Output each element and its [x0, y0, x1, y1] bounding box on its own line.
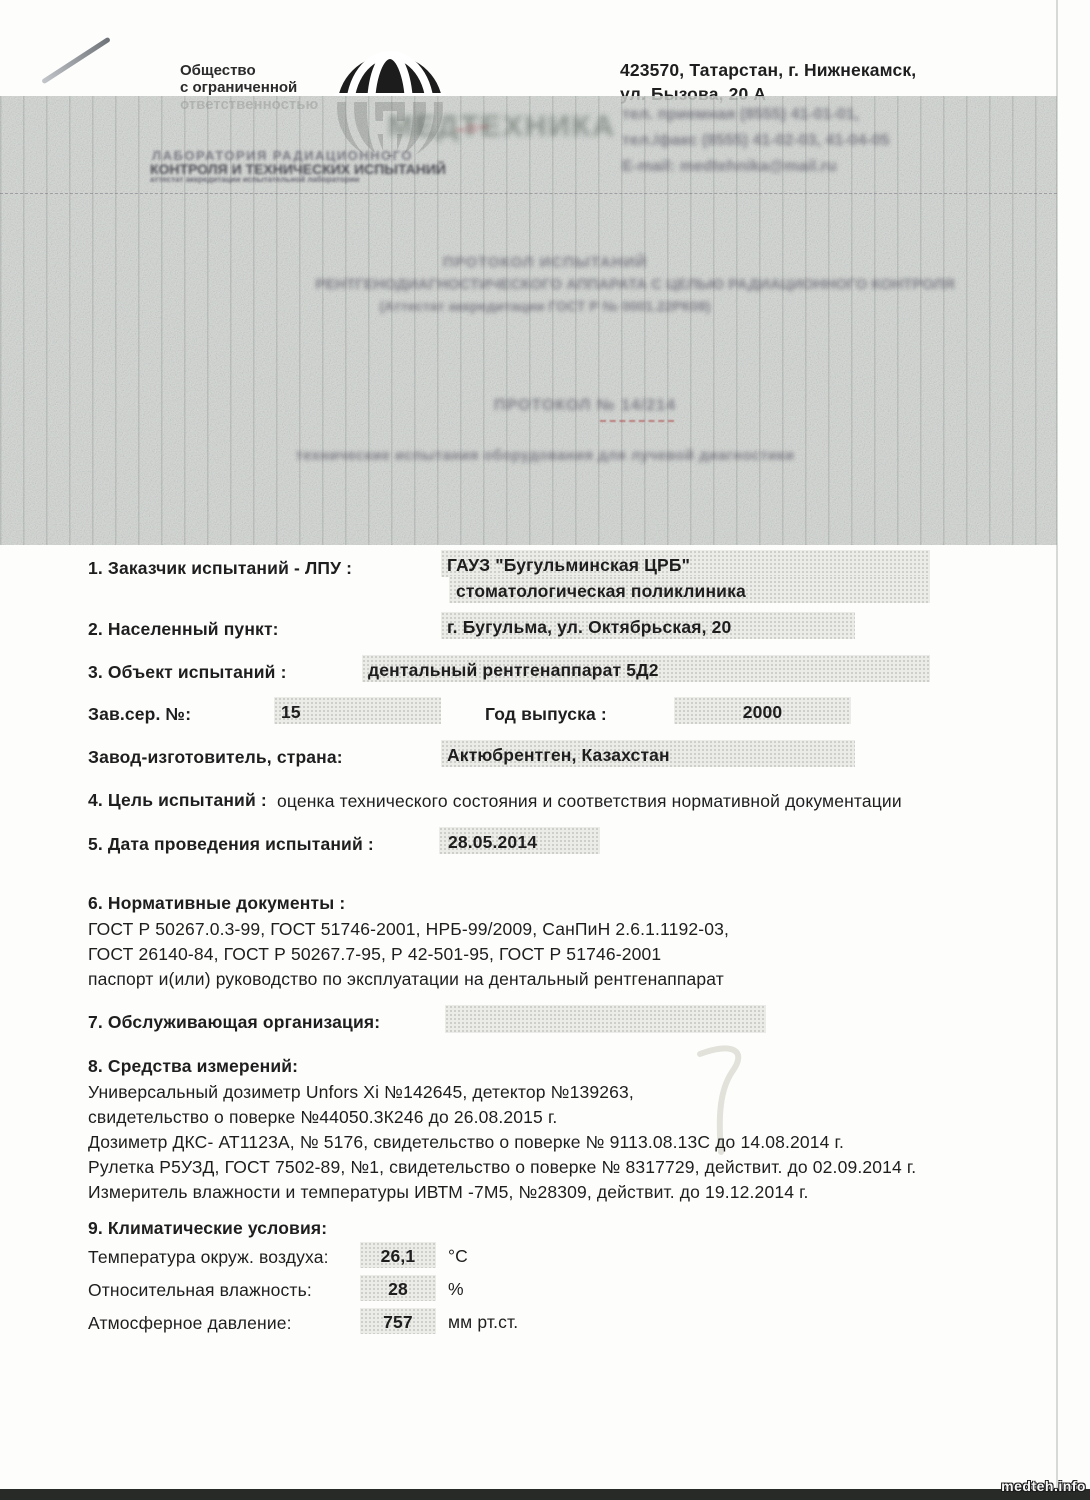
field-label-test-date: 5. Дата проведения испытаний : [88, 832, 374, 857]
obscured-contact-line2: тел./факс (8555) 41-02-03, 41-04-05 [622, 132, 890, 150]
section7-title: 7. Обслуживающая организация: [88, 1010, 380, 1035]
obscured-title-line2: РЕНТГЕНОДИАГНОСТИЧЕСКОГО АППАРАТА С ЦЕЛЬ… [0, 276, 1090, 293]
section8-line: Рулетка Р5УЗД, ГОСТ 7502-89, №1, свидете… [88, 1155, 916, 1180]
field-value-test-object: дентальный рентгенаппарат 5Д2 [368, 658, 659, 683]
section9-title: 9. Климатические условия: [88, 1216, 327, 1241]
climate-value-humidity: 28 [360, 1277, 436, 1302]
field-value-manufacturer: Актюбрентген, Казахстан [447, 743, 670, 768]
section8-line: Измеритель влажности и температуры ИВТМ … [88, 1180, 809, 1205]
obscured-subtitle-line: технические испытания оборудования для л… [0, 448, 1090, 464]
field-value-purpose: оценка технического состояния и соответс… [277, 789, 902, 814]
section8-title: 8. Средства измерений: [88, 1054, 298, 1079]
climate-label-pressure: Атмосферное давление: [88, 1311, 292, 1336]
obscured-contact-line3: E-mail: medtehnika@mail.ru [622, 158, 837, 176]
company-form-line2: с ограниченной [180, 79, 297, 97]
obscured-protocol-number: ПРОТОКОЛ № 14/214 [0, 397, 1090, 415]
climate-label-humidity: Относительная влажность: [88, 1278, 312, 1303]
field-value-year: 2000 [674, 700, 851, 725]
field-label-serial: Зав.сер. №: [88, 702, 191, 727]
watermark: medteh.info [0, 1478, 1086, 1494]
pen-scratch-mark [41, 37, 111, 85]
section6-title: 6. Нормативные документы : [88, 891, 345, 916]
field-label-customer: 1. Заказчик испытаний - ЛПУ : [88, 556, 352, 581]
empty-value-box [445, 1005, 766, 1033]
field-value-serial: 15 [281, 700, 301, 725]
address-line1: 423570, Татарстан, г. Нижнекамск, [620, 58, 916, 83]
climate-label-temperature: Температура окруж. воздуха: [88, 1245, 329, 1270]
section6-line: ГОСТ Р 50267.0.3-99, ГОСТ 51746-2001, НР… [88, 917, 729, 942]
section8-line: Дозиметр ДКС- АТ1123А, № 5176, свидетель… [88, 1130, 844, 1155]
section8-line: Универсальный дозиметр Unfors Xi №142645… [88, 1080, 634, 1105]
obscured-title-line3: (Аттестат аккредитации ГОСТ Р № 0001.22Р… [0, 298, 1090, 314]
climate-unit-humidity: % [448, 1277, 464, 1302]
field-value-customer-line1: ГАУЗ "Бугульминская ЦРБ" [447, 553, 690, 578]
climate-value-temperature: 26,1 [360, 1244, 436, 1269]
field-label-year: Год выпуска : [485, 702, 607, 727]
obscured-left-line3: аттестат аккредитации испытательной лабо… [150, 175, 359, 184]
climate-value-pressure: 757 [360, 1310, 436, 1335]
field-value-customer-line2: стоматологическая поликлиника [456, 579, 746, 604]
field-label-test-object: 3. Объект испытаний : [88, 660, 287, 685]
field-value-locality: г. Бугульма, ул. Октябрьская, 20 [447, 615, 731, 640]
scanned-test-protocol-page: Общество с ограниченной ответственностью… [0, 0, 1090, 1500]
scan-page-edge-line [1056, 0, 1058, 1500]
climate-unit-temperature: °С [448, 1244, 468, 1269]
section8-line: свидетельство о поверке №44050.3К246 до … [88, 1105, 557, 1130]
field-label-locality: 2. Населенный пункт: [88, 617, 279, 642]
section6-line: паспорт и(или) руководство по эксплуатац… [88, 967, 724, 992]
field-label-manufacturer: Завод-изготовитель, страна: [88, 745, 343, 770]
section6-line: ГОСТ 26140-84, ГОСТ Р 50267.7-95, Р 42-5… [88, 942, 661, 967]
obscured-contact-line1: тел. приемная (8555) 41-01-01, [622, 106, 859, 124]
obscured-title-line1: ПРОТОКОЛ ИСПЫТАНИЙ [0, 254, 1090, 271]
climate-unit-pressure: мм рт.ст. [448, 1310, 518, 1335]
protocol-number-underline [600, 420, 674, 422]
red-scribble-mark: ~≈~ [454, 116, 491, 143]
company-form-line1: Общество [180, 62, 256, 80]
field-label-purpose: 4. Цель испытаний : [88, 788, 267, 813]
obscured-brand-word: МЕДТЕХНИКА [388, 110, 616, 144]
field-value-test-date: 28.05.2014 [448, 830, 537, 855]
